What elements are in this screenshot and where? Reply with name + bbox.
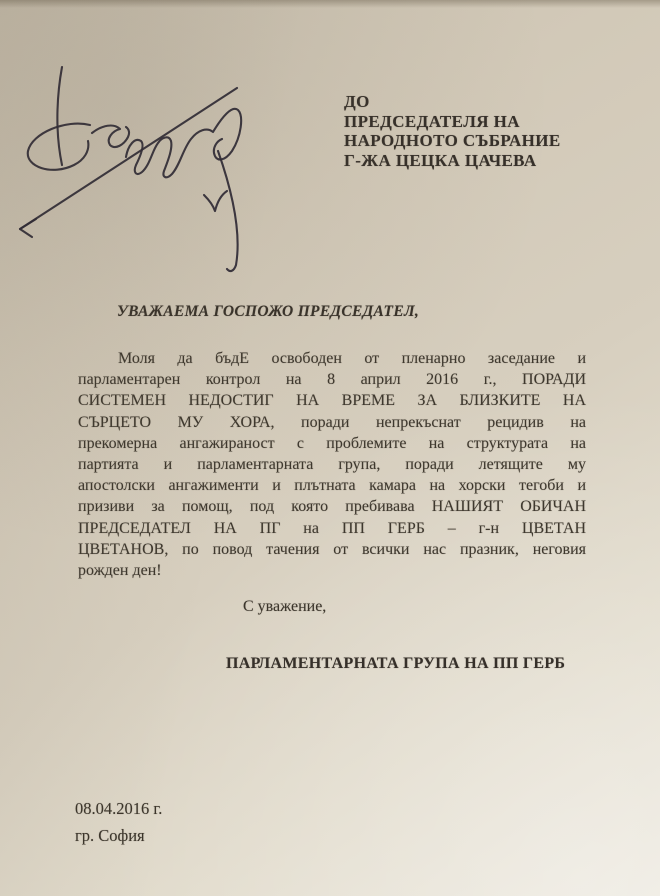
date-place-block: 08.04.2016 г. гр. София bbox=[75, 795, 162, 849]
recipient-block: ДО ПРЕДСЕДАТЕЛЯ НА НАРОДНОТО СЪБРАНИЕ Г-… bbox=[344, 92, 561, 170]
body-line: Моля да бъдЕ освободен от пленарно засед… bbox=[78, 348, 586, 369]
recipient-line-title-1: ПРЕДСЕДАТЕЛЯ НА bbox=[344, 112, 561, 132]
body-line: ПРЕДСЕДАТЕЛ НА ПГ на ПП ГЕРБ – г-н ЦВЕТА… bbox=[78, 518, 586, 539]
body-line: призиви за помощ, под която пребивава НА… bbox=[78, 496, 586, 517]
recipient-line-to: ДО bbox=[344, 92, 561, 112]
recipient-line-name: Г-ЖА ЦЕЦКА ЦАЧЕВА bbox=[344, 151, 561, 171]
closing-line: С уважение, bbox=[243, 598, 326, 616]
body-line: рожден ден! bbox=[78, 560, 586, 581]
body-line: апостолски ангажименти и плътната камара… bbox=[78, 475, 586, 496]
handwritten-da-a-loop bbox=[92, 126, 129, 147]
letter-date: 08.04.2016 г. bbox=[75, 795, 162, 822]
letter-photo: ДО ПРЕДСЕДАТЕЛЯ НА НАРОДНОТО СЪБРАНИЕ Г-… bbox=[0, 0, 660, 896]
handwritten-diagonal-line bbox=[20, 88, 237, 229]
body-line: парламентарен контрол на 8 април 2016 г.… bbox=[78, 369, 586, 390]
sender-block: ПАРЛАМЕНТАРНАТА ГРУПА НА ПП ГЕРБ bbox=[226, 655, 565, 673]
handwritten-arrowhead bbox=[20, 219, 36, 237]
body-line: СИСТЕМЕН НЕДОСТИГ НА ВРЕМЕ ЗА БЛИЗКИТЕ Н… bbox=[78, 390, 586, 411]
body-line: прекомерна ангажираност с проблемите на … bbox=[78, 433, 586, 454]
letter-body: Моля да бъдЕ освободен от пленарно засед… bbox=[78, 348, 586, 581]
salutation: УВАЖАЕМА ГОСПОЖО ПРЕДСЕДАТЕЛ, bbox=[117, 303, 419, 321]
body-line: ЦВЕТАНОВ, по повод тачения от всички нас… bbox=[78, 539, 586, 560]
body-line: партията и парламентарната група, поради… bbox=[78, 454, 586, 475]
handwritten-check-stroke bbox=[204, 191, 227, 211]
recipient-line-title-2: НАРОДНОТО СЪБРАНИЕ bbox=[344, 131, 561, 151]
letter-place: гр. София bbox=[75, 822, 162, 849]
handwritten-signature-descender bbox=[218, 151, 238, 271]
body-line: СЪРЦЕТО МУ ХОРА, поради непрекъснат реци… bbox=[78, 412, 586, 433]
handwritten-approval-signature bbox=[8, 55, 268, 287]
handwritten-da-vertical-stroke bbox=[57, 67, 62, 165]
